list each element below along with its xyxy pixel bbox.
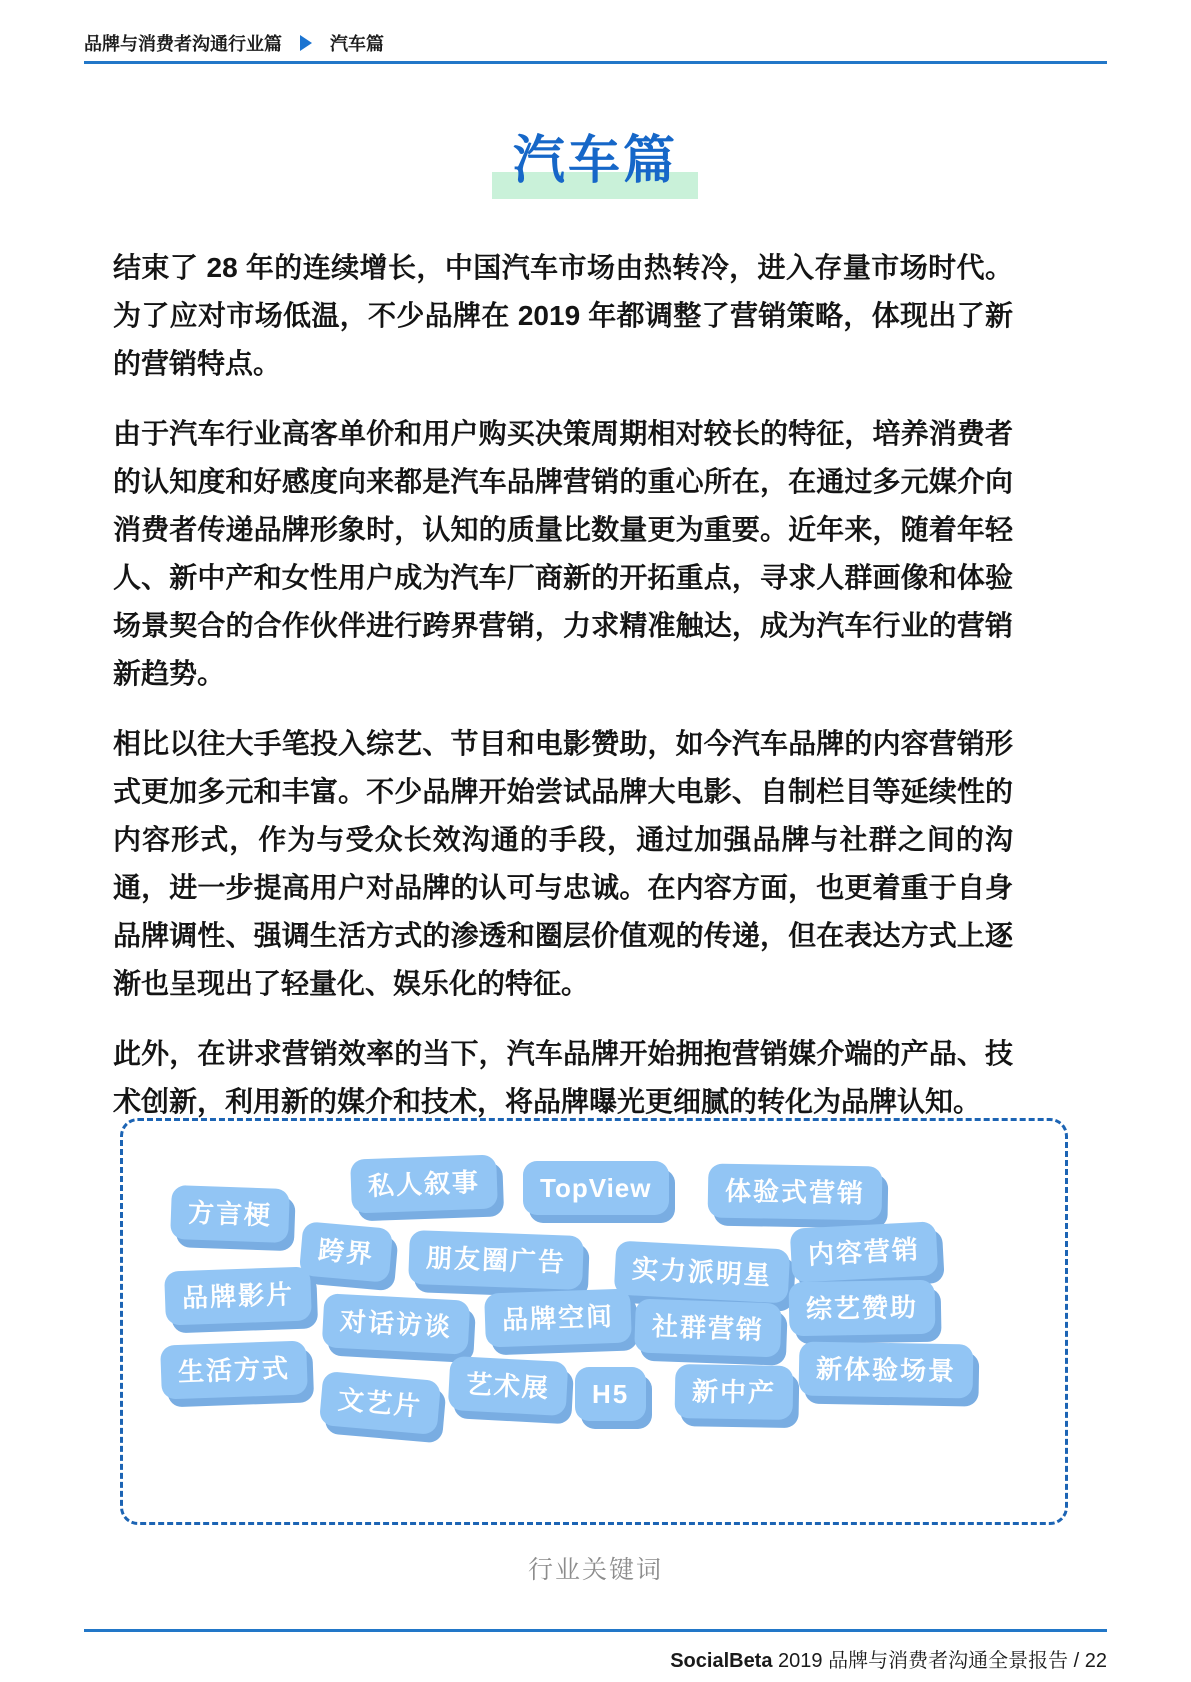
keyword-tag: 体验式营销 bbox=[708, 1163, 883, 1220]
keyword-tag: 社群营销 bbox=[634, 1298, 782, 1357]
keyword-tag: 内容营销 bbox=[790, 1221, 939, 1283]
keyword-tag: TopView bbox=[523, 1161, 669, 1215]
breadcrumb-arrow-icon bbox=[300, 35, 312, 51]
keyword-tag: 跨界 bbox=[299, 1221, 393, 1283]
keyword-tag: 方言梗 bbox=[170, 1185, 290, 1243]
keyword-tag: 新中产 bbox=[675, 1364, 794, 1420]
keyword-tag: 对话访谈 bbox=[322, 1293, 471, 1355]
keyword-tag: 艺术展 bbox=[448, 1356, 569, 1416]
keyword-tag: 生活方式 bbox=[160, 1340, 308, 1399]
body-paragraph-2: 由于汽车行业高客单价和用户购买决策周期相对较长的特征，培养消费者的认知度和好感度… bbox=[113, 410, 1013, 698]
keyword-tag: 私人叙事 bbox=[350, 1154, 498, 1213]
keyword-tag: 综艺赞助 bbox=[789, 1280, 936, 1337]
header-divider bbox=[84, 61, 1107, 64]
keywords-caption: 行业关键词 bbox=[0, 1550, 1191, 1586]
keywords-box: 方言梗 私人叙事 TopView 体验式营销 跨界 朋友圈广告 实力派明星 内容… bbox=[120, 1118, 1068, 1525]
body-paragraph-1: 结束了 28 年的连续增长，中国汽车市场由热转冷，进入存量市场时代。为了应对市场… bbox=[113, 244, 1013, 388]
title-block: 汽车篇 bbox=[0, 118, 1191, 193]
body-text: 结束了 28 年的连续增长，中国汽车市场由热转冷，进入存量市场时代。为了应对市场… bbox=[113, 244, 1013, 1148]
body-paragraph-4: 此外，在讲求营销效率的当下，汽车品牌开始拥抱营销媒介端的产品、技术创新，利用新的… bbox=[113, 1030, 1013, 1126]
breadcrumb: 品牌与消费者沟通行业篇 汽车篇 bbox=[84, 30, 384, 56]
footer-divider bbox=[84, 1629, 1107, 1632]
footer-brand: SocialBeta bbox=[670, 1650, 772, 1672]
keyword-tag: 文艺片 bbox=[319, 1371, 441, 1435]
page-title: 汽车篇 bbox=[513, 118, 678, 193]
report-page: 品牌与消费者沟通行业篇 汽车篇 汽车篇 结束了 28 年的连续增长，中国汽车市场… bbox=[0, 0, 1191, 1682]
keyword-tag: 实力派明星 bbox=[614, 1240, 791, 1303]
keyword-tag: 朋友圈广告 bbox=[408, 1230, 584, 1290]
keyword-tag: H5 bbox=[575, 1367, 646, 1421]
footer: SocialBeta 2019 品牌与消费者沟通全景报告 / 22 bbox=[670, 1644, 1107, 1673]
keyword-tag: 品牌影片 bbox=[164, 1266, 312, 1325]
keyword-tag: 品牌空间 bbox=[484, 1288, 632, 1347]
body-paragraph-3: 相比以往大手笔投入综艺、节目和电影赞助，如今汽车品牌的内容营销形式更加多元和丰富… bbox=[113, 720, 1013, 1008]
footer-text: 2019 品牌与消费者沟通全景报告 / 22 bbox=[778, 1650, 1107, 1672]
keyword-tag: 新体验场景 bbox=[799, 1341, 974, 1398]
breadcrumb-page: 汽车篇 bbox=[330, 30, 384, 56]
breadcrumb-section: 品牌与消费者沟通行业篇 bbox=[84, 30, 282, 56]
